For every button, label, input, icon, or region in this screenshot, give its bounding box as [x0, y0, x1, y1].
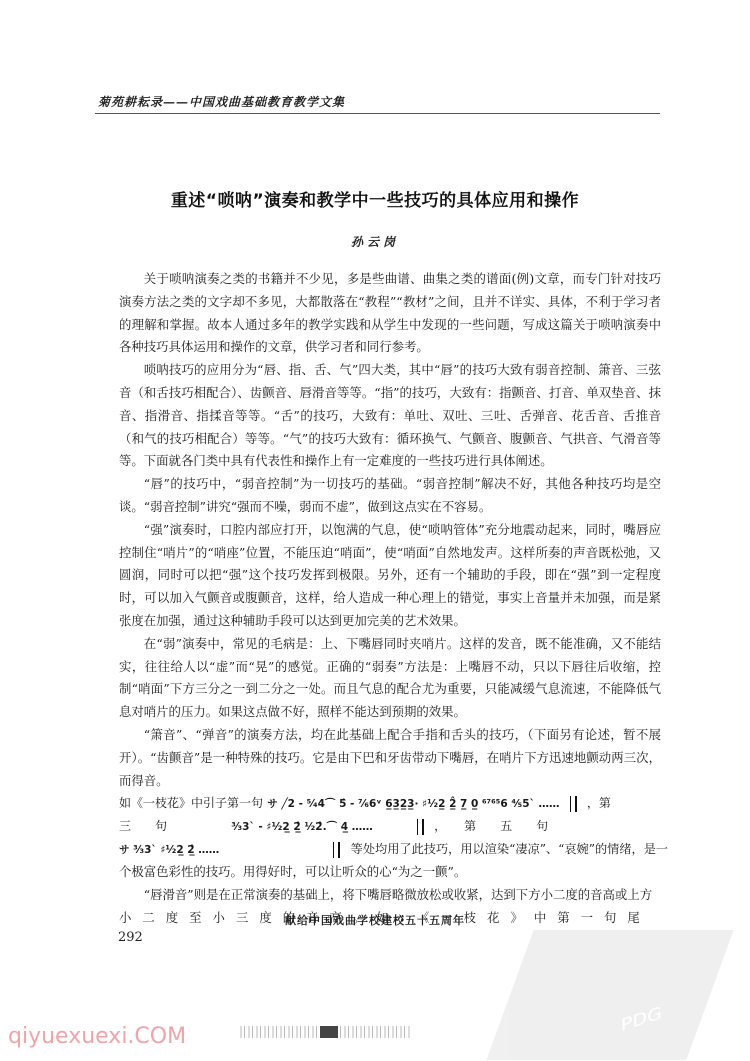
music-notation: ³⁄₃3ˋ - ♯¹⁄₂2̲ 2̲̂ ¹⁄₂2̂.⌒ 4̲ …… [231, 821, 373, 833]
music-example-line-3: サ ³⁄₃3ˋ ♯¹⁄₂2̲ 2̲̂ …… 等处均用了此技巧，用以渲染“凄凉”、… [119, 838, 661, 861]
music-suffix: ， 第 五 句 [434, 819, 548, 833]
watermark-stamp: PDG [486, 930, 733, 1060]
paragraph: 关于唢呐演奏之类的书籍并不少见，多是些曲谱、曲集之类的谱面(例)文章，而专门针对… [119, 268, 661, 359]
paragraph: “唇”的技巧中，“弱音控制”为一切技巧的基础。“弱音控制”解决不好，其他各种技巧… [119, 473, 661, 519]
double-barline [333, 842, 340, 858]
music-notation: サ ³⁄₃3ˋ ♯¹⁄₂2̲ 2̲̂ …… [119, 844, 219, 856]
header-rule [95, 113, 660, 114]
paragraph: 个极富色彩性的技巧。用得好时，可以让听众的心“为之一颤”。 [119, 861, 661, 884]
running-header: 菊苑耕耘录——中国戏曲基础教育教学文集 [98, 93, 345, 110]
article-author: 孙云岗 [0, 233, 750, 250]
music-prefix: 如《一枝花》中引子第一句 [119, 796, 263, 810]
scan-artifact [240, 1026, 410, 1038]
site-watermark: qiyuexuexi.COM [8, 1024, 186, 1049]
music-notation: サ ╱2 - ⁵⁄₄4⌒ 5̂ - ⁷⁄₆6ᵛ 6̲3̲2̲3̲· ♯¹⁄₂2̲… [267, 798, 559, 810]
article-body: 关于唢呐演奏之类的书籍并不少见，多是些曲谱、曲集之类的谱面(例)文章，而专门针对… [119, 268, 661, 930]
music-prefix: 三 句 [119, 819, 167, 833]
footer-dedication: 献给中国戏曲学校建校五十五周年 [0, 912, 750, 928]
music-example-line-2: 三 句 ³⁄₃3ˋ - ♯¹⁄₂2̲ 2̲̂ ¹⁄₂2̂.⌒ 4̲ …… ， 第… [119, 815, 661, 838]
paragraph: 唢呐技巧的应用分为“唇、指、舌、气”四大类，其中“唇”的技巧大致有弱音控制、箫音… [119, 359, 661, 473]
watermark-stamp-text: PDG [621, 1003, 662, 1036]
double-barline [570, 796, 577, 812]
double-barline [417, 819, 424, 835]
article-title: 重述“唢呐”演奏和教学中一些技巧的具体应用和操作 [0, 186, 750, 211]
paragraph: “强”演奏时，口腔内部应打开，以饱满的气息，使“唢呐管体”充分地震动起来，同时，… [119, 519, 661, 633]
paragraph: 在“弱”演奏中，常见的毛病是：上、下嘴唇同时夹哨片。这样的发音，既不能准确，又不… [119, 633, 661, 724]
paragraph: “箫音”、“弹音”的演奏方法，均在此基础上配合手指和舌头的技巧，（下面另有论述，… [119, 724, 661, 792]
music-suffix: ，第 [587, 796, 611, 810]
page-number: 292 [118, 930, 143, 945]
paragraph: “唇滑音”则是在正常演奏的基础上，将下嘴唇略微放松或收紧，达到下方小二度的音高或… [119, 884, 661, 907]
music-suffix: 等处均用了此技巧，用以渲染“凄凉”、“哀婉”的情绪，是一 [351, 842, 668, 856]
music-example-line-1: 如《一枝花》中引子第一句 サ ╱2 - ⁵⁄₄4⌒ 5̂ - ⁷⁄₆6ᵛ 6̲3… [119, 792, 661, 815]
